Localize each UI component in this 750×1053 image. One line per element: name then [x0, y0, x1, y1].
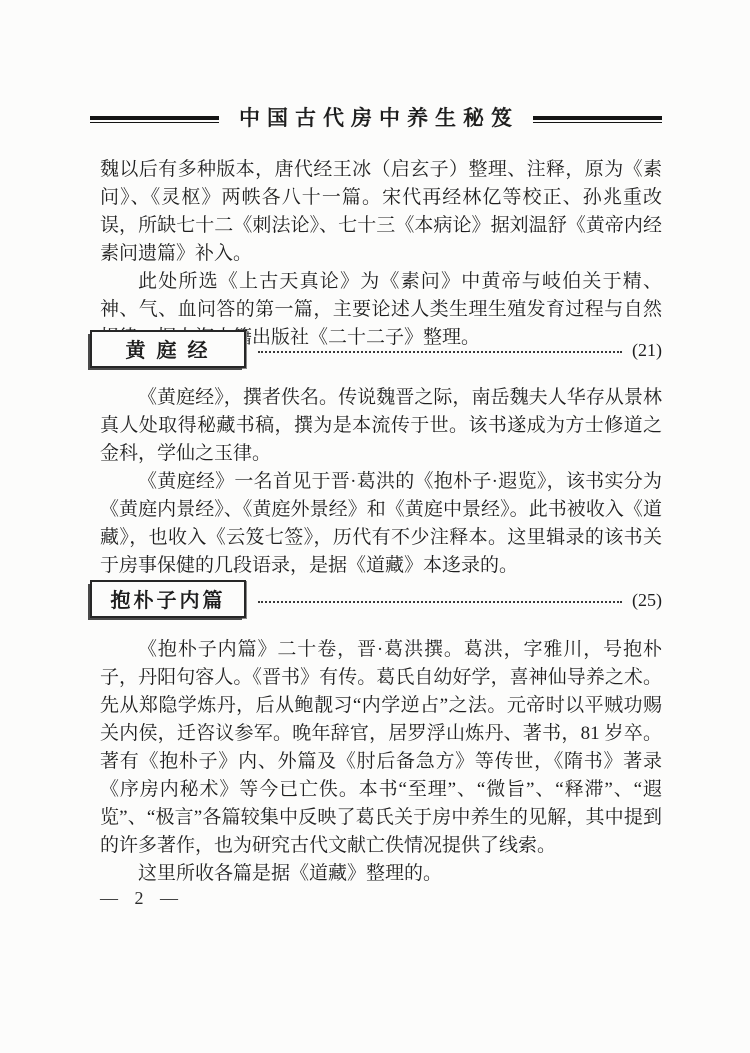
- dotted-leader: [258, 601, 622, 603]
- section-header-baopuzineipian: 抱朴子内篇 (25): [90, 581, 662, 617]
- rule-thick: [90, 116, 219, 120]
- book-page: 中国古代房中养生秘笈 魏以后有多种版本，唐代经王冰（启玄子）整理、注释，原为《素…: [0, 0, 750, 1053]
- section-body-huangtingjing: 《黄庭经》，撰者佚名。传说魏晋之际，南岳魏夫人华存从景林真人处取得秘藏书稿，撰为…: [100, 384, 662, 580]
- rule-thin: [90, 122, 219, 123]
- header-rule-left: [90, 116, 219, 123]
- book-title: 中国古代房中养生秘笈: [219, 102, 533, 132]
- header-rule-right: [533, 116, 662, 123]
- section-page-ref: (25): [632, 590, 662, 611]
- section-body-baopuzineipian: 《抱朴子内篇》二十卷，晋·葛洪撰。葛洪，字雅川，号抱朴子，丹阳句容人。《晋书》有…: [100, 636, 662, 888]
- dotted-leader: [258, 351, 622, 353]
- section-title-box: 黄 庭 经: [90, 330, 246, 368]
- rule-thin: [533, 122, 662, 123]
- paragraph: 《黄庭经》，撰者佚名。传说魏晋之际，南岳魏夫人华存从景林真人处取得秘藏书稿，撰为…: [100, 384, 662, 468]
- paragraph: 魏以后有多种版本，唐代经王冰（启玄子）整理、注释，原为《素问》、《灵枢》两帙各八…: [100, 156, 662, 268]
- section-page-ref: (21): [632, 340, 662, 361]
- section-header-huangtingjing: 黄 庭 经 (21): [90, 331, 662, 367]
- paragraph: 《抱朴子内篇》二十卷，晋·葛洪撰。葛洪，字雅川，号抱朴子，丹阳句容人。《晋书》有…: [100, 636, 662, 860]
- paragraph: 《黄庭经》一名首见于晋·葛洪的《抱朴子·遐览》，该书实分为《黄庭内景经》、《黄庭…: [100, 468, 662, 580]
- rule-thick: [533, 116, 662, 120]
- intro-text: 魏以后有多种版本，唐代经王冰（启玄子）整理、注释，原为《素问》、《灵枢》两帙各八…: [100, 156, 662, 352]
- section-title-box: 抱朴子内篇: [90, 580, 246, 618]
- running-head: 中国古代房中养生秘笈: [90, 104, 662, 134]
- paragraph: 这里所收各篇是据《道藏》整理的。: [100, 860, 662, 888]
- page-number: — 2 —: [100, 888, 184, 909]
